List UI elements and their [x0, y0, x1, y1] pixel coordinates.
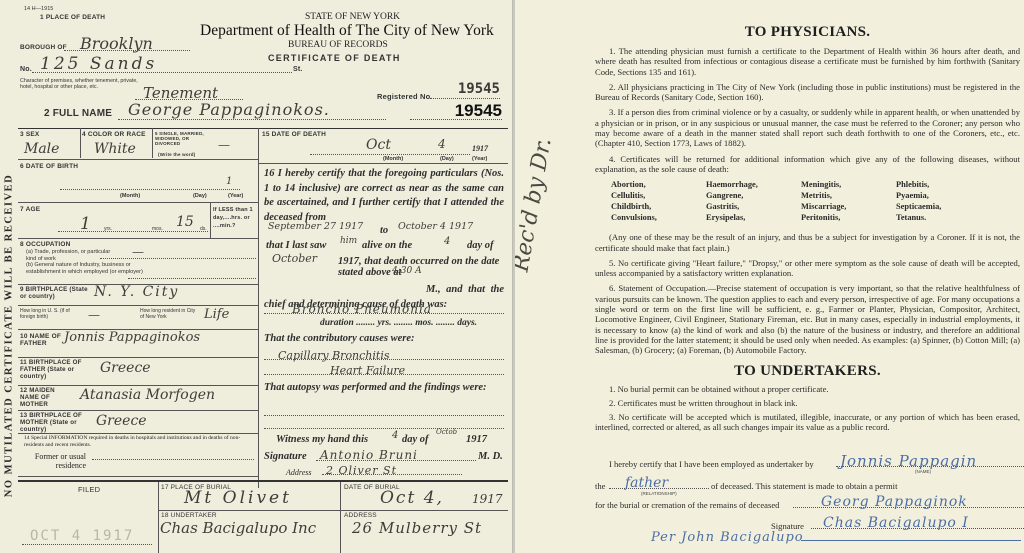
divider [258, 128, 259, 488]
physician-rule-3: 3. If a person dies from criminal violen… [595, 107, 1020, 148]
disease-item: Phlebitis, [896, 179, 991, 190]
disease-item: Meningitis, [801, 179, 896, 190]
undertakers-heading: TO UNDERTAKERS. [595, 363, 1020, 380]
cause-field: Broncho Pneumonia [264, 300, 504, 314]
state-header: STATE OF NEW YORK [305, 12, 400, 22]
signature-label: Signature [264, 451, 307, 462]
department-title: Department of Health of The City of New … [200, 22, 494, 40]
divider [158, 482, 159, 553]
md-label: M. D. [478, 451, 503, 462]
birthplace-label: 9 BIRTHPLACE (State or country) [20, 287, 90, 301]
undertaker-signature-field: Chas Bacigalupo I [811, 514, 1024, 529]
age-mos-label: mos. [152, 226, 163, 232]
registered-number: 19545 [410, 101, 502, 120]
disease-list: Abortion, Haemorrhage, Meningitis, Phleb… [611, 179, 1020, 223]
bureau-title: BUREAU OF RECORDS [288, 40, 388, 50]
physician-rule-6: 6. Statement of Occupation.—Precise stat… [595, 283, 1020, 355]
date-of-death-year: 1917 [472, 144, 488, 153]
disease-item: Tetanus. [896, 212, 991, 223]
death-time-value: 4:30 A [392, 266, 422, 276]
dod-month-label: (Month) [383, 156, 403, 162]
date-of-death-month: Oct [366, 137, 391, 153]
death-certificate-front: 14 H—1915 1 PLACE OF DEATH STATE OF NEW … [0, 0, 513, 553]
alive-month-value: October [272, 252, 317, 265]
signature-field: Antonio Bruni [316, 446, 476, 461]
special-info-label: 14 Special INFORMATION required in death… [24, 435, 256, 448]
how-long-nyc-label: How long resident in City of New York [140, 309, 198, 320]
mother-birthplace-label: 13 BIRTHPLACE OF MOTHER (State or countr… [20, 413, 90, 433]
contributory-field-1: Capillary Bronchitis [264, 346, 504, 360]
father-name-value: Jonnis Pappaginokos [64, 330, 200, 345]
last-saw-value: him [340, 236, 357, 246]
father-name-label: 10 NAME OF FATHER [20, 333, 65, 347]
premises-field: Tenement [135, 84, 243, 100]
color-value: White [94, 141, 136, 157]
address-label: Address [286, 468, 311, 477]
undertaker-value: Chas Bacigalupo Inc [160, 519, 316, 537]
birthplace-value: N. Y. City [94, 284, 179, 300]
margin-handwritten-note: Rec'd by Dr. [515, 131, 557, 273]
injury-note: (Any one of these may be the result of a… [595, 232, 1020, 253]
last-saw-label: that I last saw [266, 240, 326, 251]
witness-year: 1917 [466, 434, 487, 445]
divider [18, 480, 508, 482]
full-name-label: 2 FULL NAME [44, 108, 112, 119]
borough-field: Brooklyn [64, 34, 190, 51]
divider [18, 202, 258, 203]
address-field: 2 Oliver St [322, 461, 462, 475]
divider [18, 476, 258, 477]
undertaker-rule-3: 3. No certificate will be accepted which… [595, 412, 1020, 433]
occupation-a-label: (a) Trade, profession, or particular kin… [26, 249, 111, 262]
undertaker-rule-2: 2. Certificates must be written througho… [595, 398, 1020, 408]
burial-place-value: Mt Olivet [184, 488, 292, 508]
alive-day-value: 4 [444, 236, 450, 247]
how-long-us-value: — [88, 308, 100, 322]
physicians-heading: TO PHYSICIANS. [595, 24, 1020, 41]
witness-day: 4 [392, 430, 398, 441]
marital-hint: (Write the word) [158, 152, 195, 157]
mother-name-value: Atanasia Morfogen [80, 387, 215, 403]
disease-item: Erysipelas, [706, 212, 801, 223]
death-occurred-text: 1917, that death occurred on the date st… [338, 256, 508, 278]
divider [80, 128, 81, 158]
contributory-label: That the contributory causes were: [264, 333, 415, 344]
alive-on-label: alive on the [362, 240, 412, 251]
physician-rule-4: 4. Certificates will be returned for add… [595, 154, 1020, 175]
dob-field [60, 178, 240, 190]
divider [210, 202, 211, 238]
margin-warning: NO MUTILATED CERTIFICATE WILL BE RECEIVE… [3, 125, 17, 545]
attended-from: September 27 1917 [268, 221, 363, 232]
age-field [58, 228, 208, 232]
disease-item: Septicaemia, [896, 201, 991, 212]
undertaker-label: 18 UNDERTAKER [161, 512, 217, 519]
relationship-field: father [609, 474, 709, 489]
age-label: 7 AGE [20, 206, 40, 213]
witness-label: Witness my hand this [276, 434, 368, 445]
undertaker-address-value: 26 Mulberry St [352, 519, 482, 537]
mother-name-label: 12 MAIDEN NAME OF MOTHER [20, 388, 75, 408]
borough-label: BOROUGH OF [20, 44, 67, 51]
attended-to: October 4 1917 [398, 221, 473, 232]
attended-to-label: to [380, 225, 388, 236]
former-residence-field [92, 456, 254, 460]
divider [18, 357, 258, 358]
instructions-column: TO PHYSICIANS. 1. The attending physicia… [595, 0, 1020, 433]
certify-text: 16 I hereby certify that the foregoing p… [264, 167, 504, 225]
filed-field [22, 542, 152, 545]
of-deceased-text: of deceased. This statement is made to o… [711, 481, 897, 491]
age-yrs-label: yrs. [104, 226, 112, 232]
divider [18, 159, 258, 160]
divider [158, 510, 508, 511]
disease-item: Peritonitis, [801, 212, 896, 223]
dob-year-value: 1 [226, 176, 232, 187]
employed-label: I hereby certify that I have been employ… [609, 459, 814, 469]
burial-date-value: Oct 4, [380, 488, 444, 508]
undertaker-address-label: ADDRESS [344, 512, 377, 519]
disease-item: Abortion, [611, 179, 706, 190]
autopsy-field-2 [264, 423, 504, 429]
sex-label: 3 SEX [20, 131, 39, 138]
father-birthplace-label: 11 BIRTHPLACE OF FATHER (State or countr… [20, 360, 90, 380]
how-long-nyc-value: Life [204, 307, 229, 322]
autopsy-label: That autopsy was performed and the findi… [264, 380, 504, 396]
deceased-field: Georg Pappaginok [793, 493, 1024, 508]
marital-label: 5 SINGLE, MARRIED, WIDOWED, OR DIVORCED [155, 131, 210, 146]
disease-item: Pyaemia, [896, 190, 991, 201]
autopsy-field-1 [264, 410, 504, 416]
how-long-us-label: How long in U. S. (if of foreign birth) [20, 309, 80, 320]
color-label: 4 COLOR OR RACE [82, 131, 146, 138]
divider [258, 163, 508, 164]
date-of-death-day: 4 [438, 137, 446, 151]
disease-item: Childbirth, [611, 201, 706, 212]
dob-month-label: (Month) [120, 193, 140, 199]
premises-label: Character of premises, whether tenement,… [20, 78, 140, 91]
age-ds-label: ds. [200, 226, 207, 232]
filed-label: FILED [78, 485, 100, 494]
name-hint: (NAME) [915, 469, 931, 474]
burial-year-value: 1917 [472, 492, 503, 506]
witness-month: Octob [436, 428, 457, 436]
age-less-label: If LESS than 1 day,....hrs. or ....min.? [213, 206, 259, 230]
divider [152, 128, 153, 158]
registered-stamp: 19545 [430, 80, 500, 99]
disease-item: Haemorrhage, [706, 179, 801, 190]
divider [18, 305, 258, 306]
day-of-label: day of [467, 240, 494, 251]
physician-rule-2: 2. All physicians practicing in The City… [595, 82, 1020, 103]
occupation-b-field [128, 276, 256, 279]
place-of-death-label: 1 PLACE OF DEATH [40, 14, 105, 21]
physician-rule-1: 1. The attending physician must furnish … [595, 46, 1020, 77]
relationship-hint: (RELATIONSHIP) [641, 491, 677, 496]
burial-cremation-label: for the burial or cremation of the remai… [595, 500, 779, 510]
witness-day-of: day of [402, 434, 429, 445]
father-birthplace-value: Greece [100, 360, 151, 376]
street-suffix: St. [293, 66, 303, 73]
contributory-field-2: Heart Failure [264, 361, 504, 375]
duration-label: duration ........ yrs. ........ mos. ...… [320, 318, 477, 328]
divider [18, 410, 258, 411]
full-name-field: George Pappaginokos. [118, 100, 386, 120]
dod-day-label: (Day) [440, 156, 454, 162]
sex-value: Male [24, 141, 59, 157]
divider [18, 433, 258, 434]
disease-item: Gangrene, [706, 190, 801, 201]
divider [18, 238, 258, 239]
disease-item: Metritis, [801, 190, 896, 201]
mother-birthplace-value: Greece [96, 413, 147, 429]
divider [18, 385, 258, 386]
disease-item: Convulsions, [611, 212, 706, 223]
disease-item: Miscarriage, [801, 201, 896, 212]
dod-year-label: (Year) [472, 156, 487, 162]
disease-item: Cellulitis, [611, 190, 706, 201]
street-field: 125 Sands [32, 54, 292, 73]
dob-label: 6 DATE OF BIRTH [20, 163, 78, 170]
divider [18, 128, 508, 129]
disease-item: Gastritis, [706, 201, 801, 212]
marital-value: — [218, 138, 230, 152]
the-label: the [595, 481, 606, 491]
form-code: 14 H—1915 [24, 6, 53, 12]
street-no-label: No. [20, 66, 32, 73]
former-residence-label: Former or usual residence [18, 452, 86, 470]
per-signature: Per John Bacigalupo [651, 530, 804, 545]
strikethrough-line [801, 540, 1021, 541]
employed-by-field: Jonnis Pappagin [836, 452, 1024, 467]
occupation-a-field [100, 256, 256, 259]
divider [340, 482, 341, 553]
undertaker-rule-1: 1. No burial permit can be obtained with… [595, 384, 1020, 394]
date-of-death-label: 15 DATE OF DEATH [262, 131, 326, 138]
occupation-b-label: (b) General nature of Industry, business… [26, 262, 146, 275]
dob-year-label: (Year) [228, 193, 243, 199]
death-certificate-back: Rec'd by Dr. TO PHYSICIANS. 1. The atten… [515, 0, 1024, 553]
physician-rule-5: 5. No certificate giving "Heart failure,… [595, 258, 1020, 279]
dob-day-label: (Day) [193, 193, 207, 199]
occupation-label: 8 OCCUPATION [20, 241, 71, 248]
